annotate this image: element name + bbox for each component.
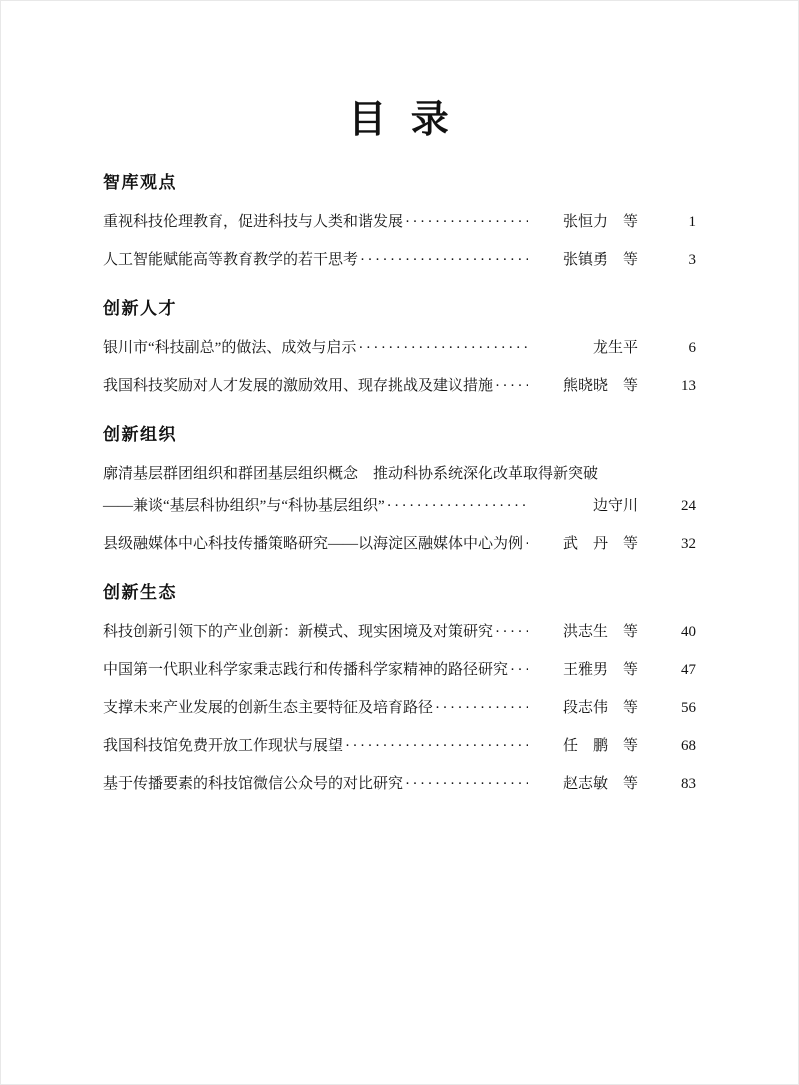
etal-label: 等 bbox=[623, 698, 638, 718]
page-number: 6 bbox=[638, 338, 696, 358]
toc-entry: 重视科技伦理教育，促进科技与人类和谐发展 ···················… bbox=[103, 212, 696, 232]
page-number: 24 bbox=[638, 496, 696, 516]
page-number: 3 bbox=[638, 250, 696, 270]
toc-entry: 基于传播要素的科技馆微信公众号的对比研究 ···················… bbox=[103, 774, 696, 794]
toc-entry: 县级融媒体中心科技传播策略研究——以海淀区融媒体中心为例 ···········… bbox=[103, 534, 696, 554]
toc-section: 创新生态 科技创新引领下的产业创新：新模式、现实困境及对策研究 ········… bbox=[103, 582, 696, 794]
author-name: 张恒力 bbox=[563, 212, 608, 232]
author-name: 任 鹏 bbox=[563, 736, 608, 756]
entry-title: 县级融媒体中心科技传播策略研究——以海淀区融媒体中心为例 bbox=[103, 534, 523, 554]
toc-entry-row: 我国科技馆免费开放工作现状与展望 ·······················… bbox=[103, 736, 696, 756]
page-number: 56 bbox=[638, 698, 696, 718]
page-number: 83 bbox=[638, 774, 696, 794]
author-block: 洪志生 等 bbox=[536, 622, 638, 642]
toc-entry-row: 中国第一代职业科学家秉志践行和传播科学家精神的路径研究 ············… bbox=[103, 660, 696, 680]
author-block: 熊晓晓 等 bbox=[536, 376, 638, 396]
dot-leader: ········································… bbox=[510, 660, 528, 680]
page-number: 13 bbox=[638, 376, 696, 396]
page-number: 32 bbox=[638, 534, 696, 554]
author-name: 武 丹 bbox=[563, 534, 608, 554]
author-block: 任 鹏 等 bbox=[536, 736, 638, 756]
toc-entry: 银川市“科技副总”的做法、成效与启示 ·····················… bbox=[103, 338, 696, 358]
toc-entry: 我国科技奖励对人才发展的激励效用、现存挑战及建议措施 ·············… bbox=[103, 376, 696, 396]
author-name: 赵志敏 bbox=[563, 774, 608, 794]
author-block: 段志伟 等 bbox=[536, 698, 638, 718]
toc-entry: 中国第一代职业科学家秉志践行和传播科学家精神的路径研究 ············… bbox=[103, 660, 696, 680]
author-name: 龙生平 bbox=[593, 338, 638, 358]
page-title: 目 录 bbox=[103, 96, 696, 144]
author-name: 张镇勇 bbox=[563, 250, 608, 270]
toc-entry-row: 县级融媒体中心科技传播策略研究——以海淀区融媒体中心为例 ···········… bbox=[103, 534, 696, 554]
dot-leader: ········································… bbox=[405, 774, 528, 794]
etal-label: 等 bbox=[623, 774, 638, 794]
page-number: 68 bbox=[638, 736, 696, 756]
section-heading: 创新组织 bbox=[103, 424, 696, 446]
dot-leader: ········································… bbox=[495, 622, 528, 642]
etal-label: 等 bbox=[623, 736, 638, 756]
toc-entry-row: 基于传播要素的科技馆微信公众号的对比研究 ···················… bbox=[103, 774, 696, 794]
toc-entry: 廓清基层群团组织和群团基层组织概念 推动科协系统深化改革取得新突破 ——兼谈“基… bbox=[103, 464, 696, 516]
entry-title: 支撑未来产业发展的创新生态主要特征及培育路径 bbox=[103, 698, 433, 718]
etal-label: 等 bbox=[623, 534, 638, 554]
entry-title: 我国科技奖励对人才发展的激励效用、现存挑战及建议措施 bbox=[103, 376, 493, 396]
toc-section: 创新人才 银川市“科技副总”的做法、成效与启示 ················… bbox=[103, 298, 696, 396]
etal-label: 等 bbox=[623, 212, 638, 232]
section-heading: 智库观点 bbox=[103, 172, 696, 194]
toc-entry-row: 银川市“科技副总”的做法、成效与启示 ·····················… bbox=[103, 338, 696, 358]
dot-leader: ········································… bbox=[495, 376, 528, 396]
toc-content: 目 录 智库观点 重视科技伦理教育，促进科技与人类和谐发展 ··········… bbox=[103, 0, 696, 794]
author-block: 龙生平 bbox=[536, 338, 638, 358]
author-block: 张恒力 等 bbox=[536, 212, 638, 232]
toc-entry: 支撑未来产业发展的创新生态主要特征及培育路径 ·················… bbox=[103, 698, 696, 718]
entry-title: 中国第一代职业科学家秉志践行和传播科学家精神的路径研究 bbox=[103, 660, 508, 680]
toc-entry-row: 支撑未来产业发展的创新生态主要特征及培育路径 ·················… bbox=[103, 698, 696, 718]
dot-leader: ········································… bbox=[358, 338, 528, 358]
page-number: 47 bbox=[638, 660, 696, 680]
author-name: 洪志生 bbox=[563, 622, 608, 642]
dot-leader: ········································… bbox=[435, 698, 528, 718]
author-name: 熊晓晓 bbox=[563, 376, 608, 396]
etal-label: 等 bbox=[623, 376, 638, 396]
page-number: 1 bbox=[638, 212, 696, 232]
toc-entry: 科技创新引领下的产业创新：新模式、现实困境及对策研究 ·············… bbox=[103, 622, 696, 642]
dot-leader: ········································… bbox=[360, 250, 528, 270]
entry-title: 重视科技伦理教育，促进科技与人类和谐发展 bbox=[103, 212, 403, 232]
author-name: 段志伟 bbox=[563, 698, 608, 718]
etal-label: 等 bbox=[623, 250, 638, 270]
dot-leader: ········································… bbox=[387, 496, 528, 516]
dot-leader: ········································… bbox=[525, 534, 528, 554]
dot-leader: ········································… bbox=[345, 736, 528, 756]
dot-leader: ········································… bbox=[405, 212, 528, 232]
author-block: 武 丹 等 bbox=[536, 534, 638, 554]
entry-title: 人工智能赋能高等教育教学的若干思考 bbox=[103, 250, 358, 270]
toc-section: 创新组织 廓清基层群团组织和群团基层组织概念 推动科协系统深化改革取得新突破 —… bbox=[103, 424, 696, 554]
author-block: 王雅男 等 bbox=[536, 660, 638, 680]
toc-entry-row: ——兼谈“基层科协组织”与“科协基层组织” ··················… bbox=[103, 496, 696, 516]
section-heading: 创新人才 bbox=[103, 298, 696, 320]
author-block: 边守川 bbox=[536, 496, 638, 516]
etal-label: 等 bbox=[623, 660, 638, 680]
toc-entry-row: 重视科技伦理教育，促进科技与人类和谐发展 ···················… bbox=[103, 212, 696, 232]
author-block: 张镇勇 等 bbox=[536, 250, 638, 270]
etal-label: 等 bbox=[623, 622, 638, 642]
entry-title: 我国科技馆免费开放工作现状与展望 bbox=[103, 736, 343, 756]
toc-entry: 我国科技馆免费开放工作现状与展望 ·······················… bbox=[103, 736, 696, 756]
toc-section: 智库观点 重视科技伦理教育，促进科技与人类和谐发展 ··············… bbox=[103, 172, 696, 270]
toc-entry-row: 人工智能赋能高等教育教学的若干思考 ······················… bbox=[103, 250, 696, 270]
author-name: 边守川 bbox=[593, 496, 638, 516]
entry-title: 银川市“科技副总”的做法、成效与启示 bbox=[103, 338, 356, 358]
document-page: 目 录 智库观点 重视科技伦理教育，促进科技与人类和谐发展 ··········… bbox=[0, 0, 799, 1085]
author-block: 赵志敏 等 bbox=[536, 774, 638, 794]
toc-entry: 人工智能赋能高等教育教学的若干思考 ······················… bbox=[103, 250, 696, 270]
page-number: 40 bbox=[638, 622, 696, 642]
toc-entry-row: 科技创新引领下的产业创新：新模式、现实困境及对策研究 ·············… bbox=[103, 622, 696, 642]
author-name: 王雅男 bbox=[563, 660, 608, 680]
entry-title: 基于传播要素的科技馆微信公众号的对比研究 bbox=[103, 774, 403, 794]
section-heading: 创新生态 bbox=[103, 582, 696, 604]
entry-title-line1: 廓清基层群团组织和群团基层组织概念 推动科协系统深化改革取得新突破 bbox=[103, 464, 696, 484]
toc-entry-row: 我国科技奖励对人才发展的激励效用、现存挑战及建议措施 ·············… bbox=[103, 376, 696, 396]
entry-title: ——兼谈“基层科协组织”与“科协基层组织” bbox=[103, 496, 385, 516]
entry-title: 科技创新引领下的产业创新：新模式、现实困境及对策研究 bbox=[103, 622, 493, 642]
